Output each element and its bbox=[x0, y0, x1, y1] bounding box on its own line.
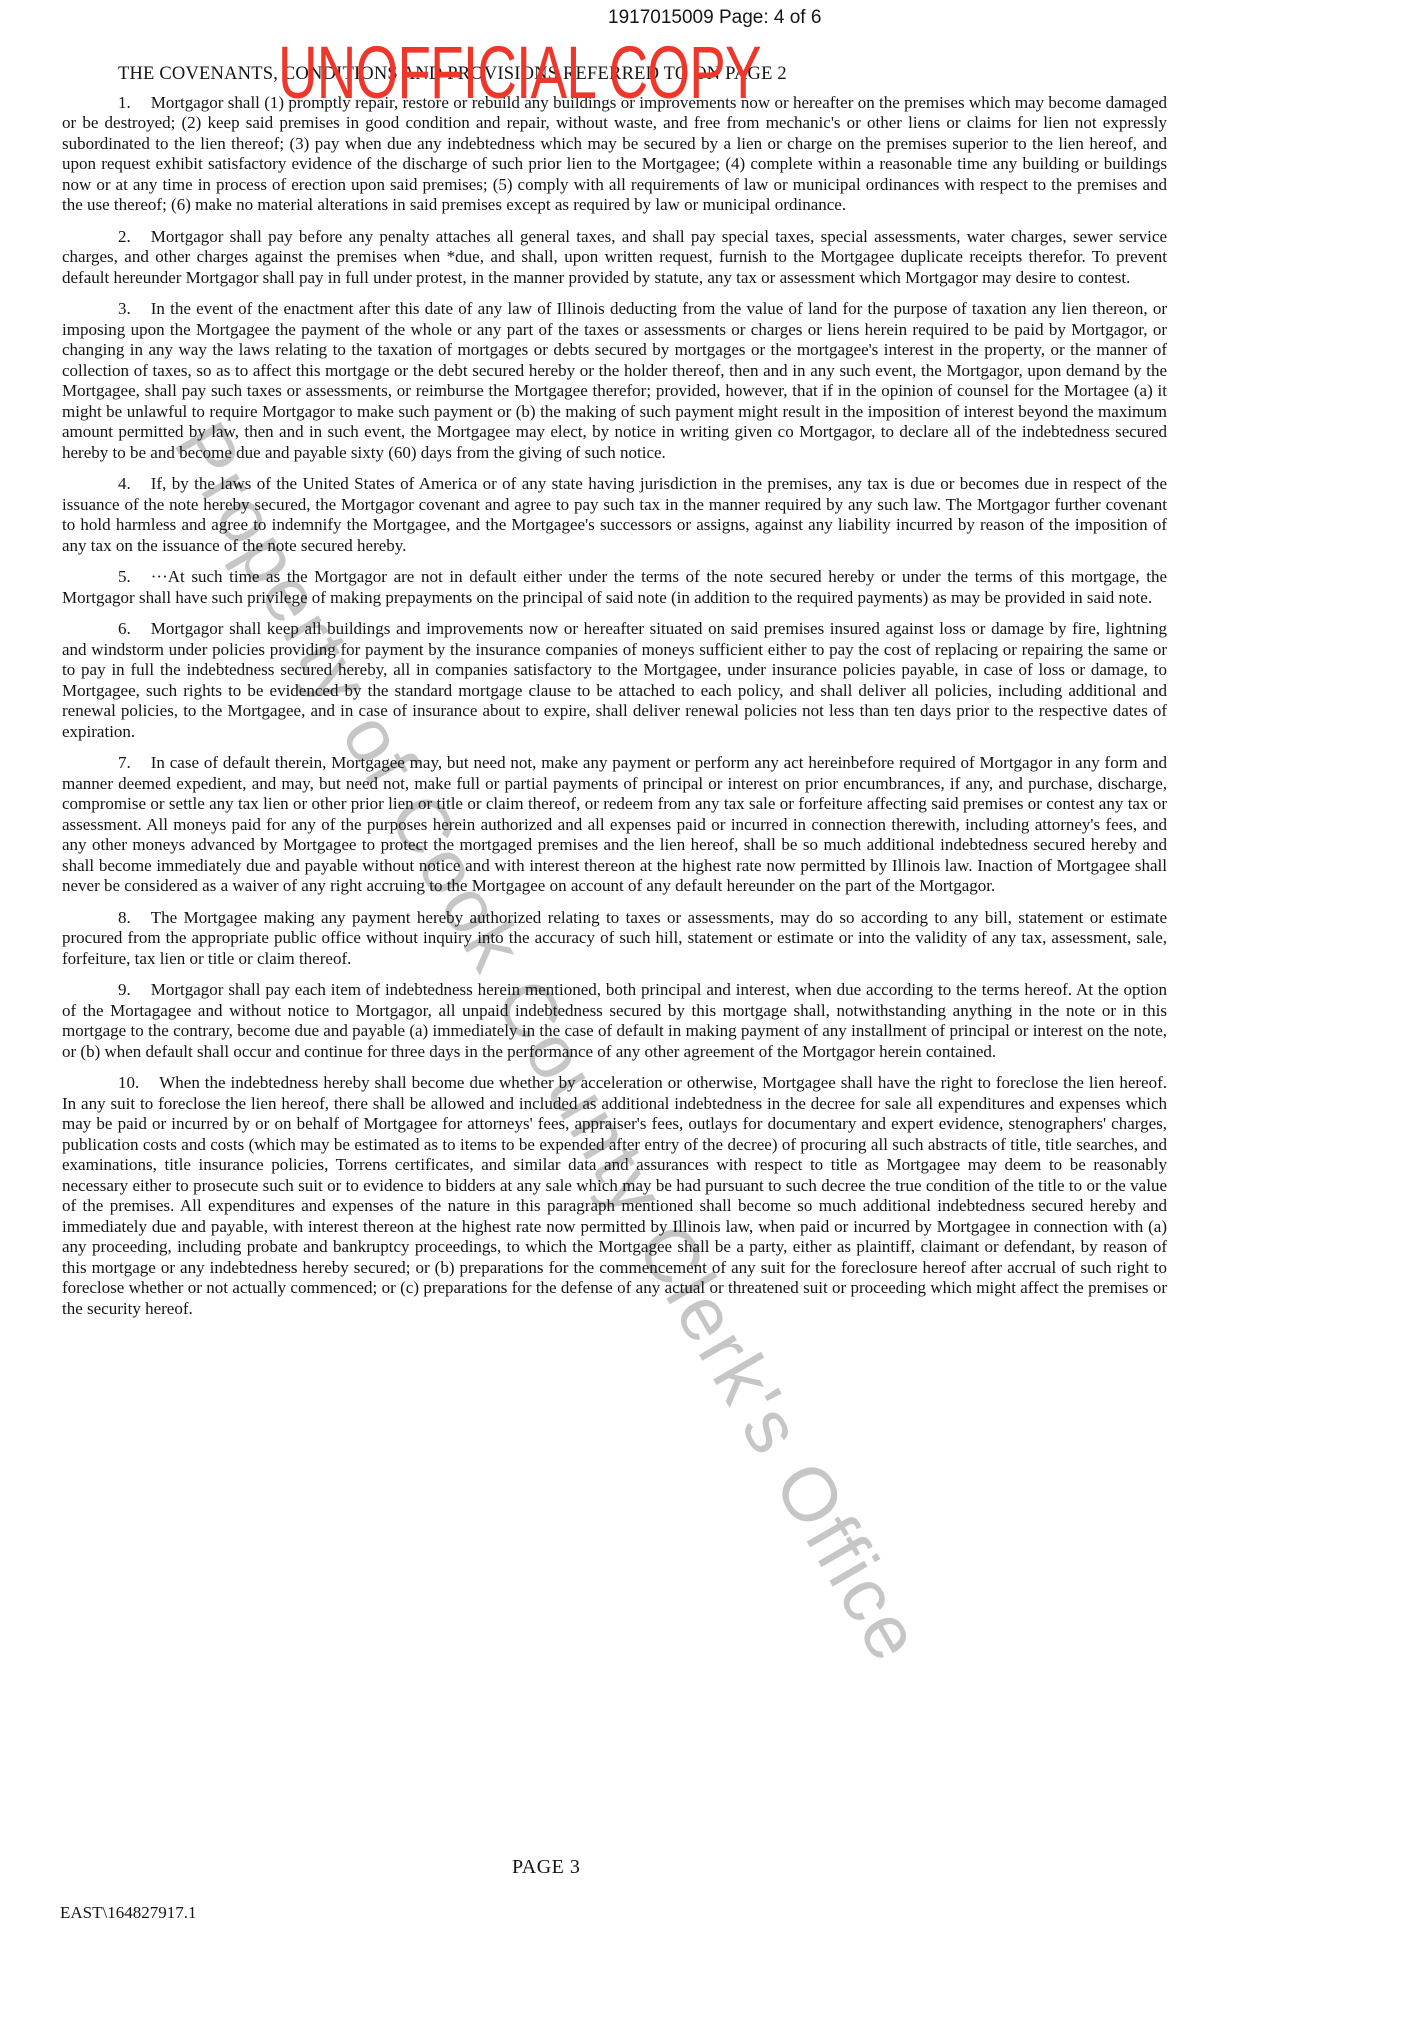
covenant-paragraph-4: 4.If, by the laws of the United States o… bbox=[62, 474, 1167, 556]
covenant-paragraph-3: 3.In the event of the enactment after th… bbox=[62, 299, 1167, 463]
paragraph-number: 5. bbox=[118, 567, 131, 586]
paragraph-number: 2. bbox=[118, 227, 131, 246]
document-body: THE COVENANTS, CONDITIONS AND PROVISIONS… bbox=[62, 64, 1167, 1330]
document-page: 1917015009 Page: 4 of 6 Property of Cook… bbox=[0, 0, 1428, 2028]
paragraph-text: In case of default therein, Mortgagee ma… bbox=[62, 753, 1167, 895]
paragraph-number: 1. bbox=[118, 93, 131, 112]
covenant-paragraph-6: 6.Mortgagor shall keep all buildings and… bbox=[62, 619, 1167, 742]
unofficial-copy-stamp: UNOFFICIAL COPY bbox=[278, 36, 761, 110]
paragraph-number: 10. bbox=[118, 1073, 139, 1092]
paragraph-number: 8. bbox=[118, 908, 131, 927]
covenant-paragraph-2: 2.Mortgagor shall pay before any penalty… bbox=[62, 227, 1167, 289]
covenant-paragraph-7: 7.In case of default therein, Mortgagee … bbox=[62, 753, 1167, 897]
paragraph-number: 6. bbox=[118, 619, 131, 638]
paragraph-text: Mortgagor shall pay each item of indebte… bbox=[62, 980, 1167, 1061]
paragraph-number: 4. bbox=[118, 474, 131, 493]
paragraph-text: ···At such time as the Mortgagor are not… bbox=[62, 567, 1167, 607]
paragraph-text: Mortgagor shall keep all buildings and i… bbox=[62, 619, 1167, 741]
covenant-paragraph-8: 8.The Mortgagee making any payment hereb… bbox=[62, 908, 1167, 970]
page-number-label: PAGE 3 bbox=[512, 1856, 580, 1879]
paragraph-text: When the indebtedness hereby shall becom… bbox=[62, 1073, 1167, 1318]
covenant-paragraph-5: 5.···At such time as the Mortgagor are n… bbox=[62, 567, 1167, 608]
covenant-paragraph-10: 10.When the indebtedness hereby shall be… bbox=[62, 1073, 1167, 1319]
paragraph-text: If, by the laws of the United States of … bbox=[62, 474, 1167, 555]
paragraph-number: 3. bbox=[118, 299, 131, 318]
paragraph-text: Mortgagor shall pay before any penalty a… bbox=[62, 227, 1167, 287]
paragraph-number: 9. bbox=[118, 980, 131, 999]
paragraph-text: In the event of the enactment after this… bbox=[62, 299, 1167, 462]
paragraph-number: 7. bbox=[118, 753, 131, 772]
paragraph-text: The Mortgagee making any payment hereby … bbox=[62, 908, 1167, 968]
document-reference: EAST\164827917.1 bbox=[60, 1903, 196, 1923]
page-header-info: 1917015009 Page: 4 of 6 bbox=[608, 7, 821, 29]
covenant-paragraph-9: 9.Mortgagor shall pay each item of indeb… bbox=[62, 980, 1167, 1062]
